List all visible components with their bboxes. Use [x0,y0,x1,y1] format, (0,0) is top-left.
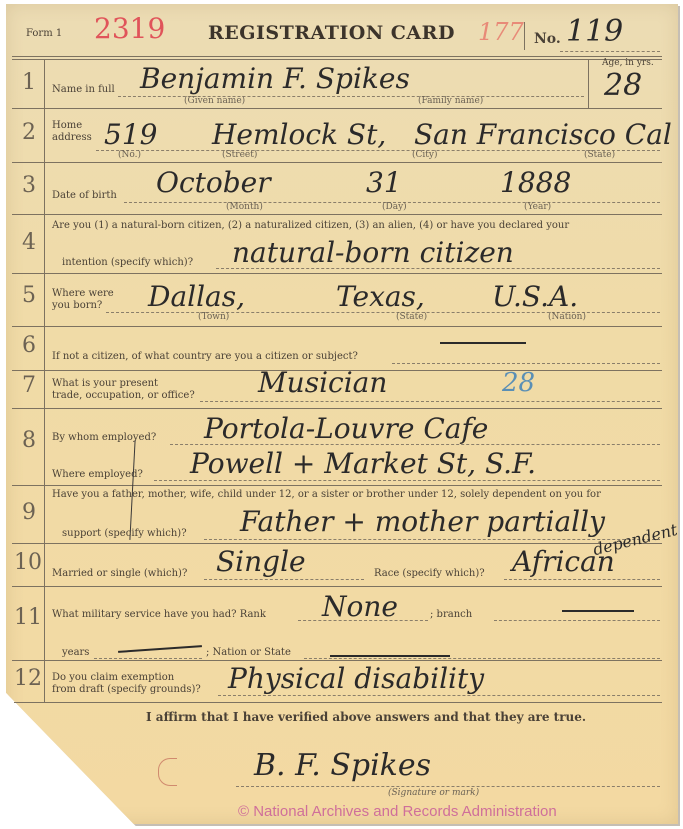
rule [12,660,662,661]
caption-year: (Year) [524,202,551,212]
caption-family-name: (Family name) [418,96,483,106]
form-label: Form 1 [26,28,62,39]
country-line [392,363,660,364]
address-label-line1: Home [52,120,92,132]
marital-label: Married or single (which)? [52,568,187,579]
branch-label: ; branch [430,609,472,620]
race-value: African [512,545,615,578]
dob-label: Date of birth [52,190,117,201]
branch-dash [562,610,634,612]
row-number: 2 [22,120,36,145]
race-label: Race (specify which)? [374,568,485,579]
address-number: 519 [104,118,157,151]
branch-line [494,620,660,621]
no-label: No. [534,31,561,47]
race-line [504,579,660,580]
occupation-label-line1: What is your present [52,378,195,390]
caption-city: (City) [412,150,438,160]
exemption-line [218,695,660,696]
rule [12,214,662,215]
signature: B. F. Spikes [254,748,431,783]
caption-nation: (Nation) [548,312,586,322]
signature-caption: (Signature or mark) [388,788,479,798]
dob-day: 31 [366,166,402,199]
no-dotted-line [560,51,660,52]
number-column-rule [44,60,45,702]
marital-line [204,579,364,580]
occupation-label: What is your present trade, occupation, … [52,378,195,402]
row-number: 10 [14,550,42,575]
row-number: 4 [22,230,36,255]
red-pencil-mark-c [158,758,177,786]
address-label-line2: address [52,132,92,144]
row-number: 9 [22,500,36,525]
caption-town: (Town) [198,312,229,322]
exemption-value: Physical disability [228,662,484,695]
citizenship-label: intention (specify which)? [62,257,193,268]
header-divider [524,22,525,50]
address-city: San Francisco Cal [414,118,672,151]
rule [12,586,662,587]
address-label: Home address [52,120,92,144]
exemption-label-line1: Do you claim exemption [52,672,201,684]
birthplace-label: Where were you born? [52,288,114,312]
occupation-value: Musician [258,366,387,399]
rule [12,273,662,274]
rule [12,59,662,60]
exemption-label-line2: from draft (specify grounds)? [52,684,201,696]
birthplace-nation: U.S.A. [492,280,578,313]
copyright-watermark: © National Archives and Records Administ… [238,803,557,820]
row-number: 8 [22,428,36,453]
rule [12,485,662,486]
rule [14,702,662,703]
signature-line [236,786,660,787]
rule [12,326,662,327]
years-label: years [62,647,89,658]
age-label: Age, in yrs. [602,58,654,68]
workplace-value: Powell + Market St, S.F. [190,447,536,480]
birthplace-label-line2: you born? [52,300,114,312]
country-dash [440,342,526,344]
rule [12,162,662,163]
caption-state: (State) [584,150,615,160]
age-column-rule [588,60,589,108]
marital-value: Single [216,545,306,578]
dependents-label: support (specify which)? [62,528,187,539]
blue-annotation: 28 [502,368,535,398]
row-number: 12 [14,666,42,691]
caption-day: (Day) [382,202,407,212]
name-value: Benjamin F. Spikes [140,62,410,95]
caption-no: (No.) [118,150,141,160]
birthplace-label-line1: Where were [52,288,114,300]
rank-value: None [322,590,398,623]
rank-label: What military service have you had? Rank [52,609,266,620]
employer-value: Portola-Louvre Cafe [204,412,488,445]
caption-street: (Street) [222,150,257,160]
age-value: 28 [604,68,642,103]
serial-number-stamp: 2319 [94,12,165,45]
birthplace-town: Dallas, [148,280,245,313]
workplace-label: Where employed? [52,469,143,480]
caption-state: (State) [396,312,427,322]
rule [12,56,662,57]
nation-state-line [304,658,660,659]
nation-state-dash [330,655,450,657]
address-street: Hemlock St, [212,118,386,151]
affirmation-text: I affirm that I have verified above answ… [146,710,586,724]
exemption-label: Do you claim exemption from draft (speci… [52,672,201,696]
years-line [94,658,202,659]
citizenship-value: natural-born citizen [232,236,514,269]
occupation-line [200,401,660,402]
caption-given-name: (Given name) [184,96,245,106]
dob-year: 1888 [500,166,571,199]
red-pencil-mark: 177 [478,18,524,46]
card-title: REGISTRATION CARD [208,22,455,44]
rule [12,108,662,109]
employer-label: By whom employed? [52,432,156,443]
nation-state-label: ; Nation or State [206,647,291,658]
occupation-label-line2: trade, occupation, or office? [52,390,195,402]
row-number: 5 [22,283,36,308]
card-number: 119 [566,14,623,49]
birthplace-state: Texas, [336,280,425,313]
row-number: 1 [22,70,36,95]
dependents-question: Have you a father, mother, wife, child u… [52,489,601,500]
row-number: 7 [22,373,36,398]
name-label: Name in full [52,84,115,95]
dependents-value: Father + mother partially [240,505,605,538]
citizenship-question: Are you (1) a natural-born citizen, (2) … [52,220,569,231]
row-number: 3 [22,173,36,198]
row-number: 11 [14,605,42,630]
rule [12,408,662,409]
dob-month: October [156,166,271,199]
country-label: If not a citizen, of what country are yo… [52,351,358,362]
row-number: 6 [22,333,36,358]
rule [12,543,662,544]
workplace-line [154,480,660,481]
caption-month: (Month) [226,202,263,212]
